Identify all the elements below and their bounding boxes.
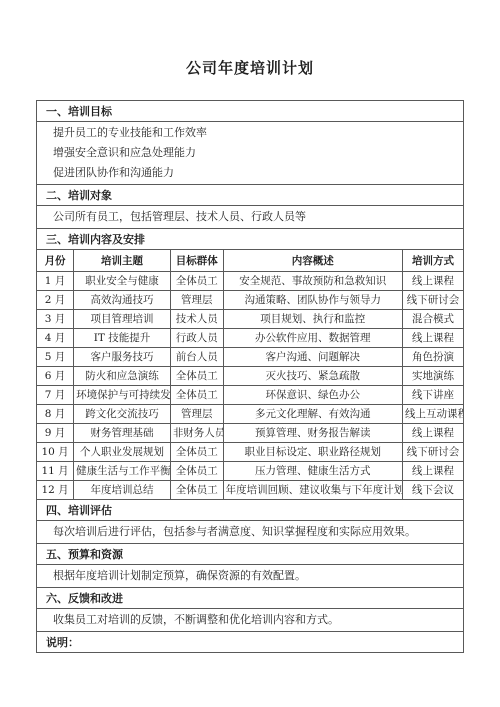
schedule-cell-audience: 全体员工 (170, 271, 223, 290)
schedule-cell-month: 11 月 (37, 461, 74, 480)
schedule-cell-method: 角色扮演 (402, 347, 463, 366)
schedule-cell-method: 混合模式 (402, 309, 463, 328)
section-goals-body-row: 提升员工的专业技能和工作效率 增强安全意识和应急处理能力 促进团队协作和沟通能力 (37, 122, 464, 185)
schedule-cell-method: 线上课程 (402, 271, 463, 290)
schedule-cell-method: 线下研讨会 (402, 442, 463, 461)
table-row: 5 月 客户服务技巧 前台人员 客户沟通、问题解决 角色扮演 (37, 347, 463, 366)
schedule-cell-method: 线上互动课程 (402, 404, 463, 423)
schedule-cell-summary: 沟通策略、团队协作与领导力 (223, 290, 402, 309)
schedule-table: 月份 培训主题 目标群体 内容概述 培训方式 1 月 职业安全与健康 (37, 250, 463, 499)
schedule-cell-summary: 职业目标设定、职业路径规划 (223, 442, 402, 461)
section-budget-heading-row: 五、预算和资源 (37, 544, 464, 565)
schedule-cell-summary: 项目规划、执行和监控 (223, 309, 402, 328)
schedule-cell-topic: 个人职业发展规划 (74, 442, 171, 461)
schedule-header-month: 月份 (37, 250, 74, 271)
section-evaluation-heading-row: 四、培训评估 (37, 500, 464, 521)
table-row: 8 月 跨文化交流技巧 管理层 多元文化理解、有效沟通 线上互动课程 (37, 404, 463, 423)
section-evaluation-body: 每次培训后进行评估，包括参与者满意度、知识掌握程度和实际应用效果。 (37, 521, 464, 544)
table-row: 6 月 防火和应急演练 全体员工 灭火技巧、紧急疏散 实地演练 (37, 366, 463, 385)
note-label: 说明： (37, 632, 464, 653)
heading-training-content: 三、培训内容及安排 (37, 229, 464, 250)
schedule-cell-topic: 客户服务技巧 (74, 347, 171, 366)
schedule-cell-audience: 全体员工 (170, 385, 223, 404)
schedule-cell-summary: 年度培训回顾、建议收集与下年度计划制定 (223, 480, 402, 499)
section-feedback-heading-row: 六、反馈和改进 (37, 588, 464, 609)
schedule-cell-method: 线上课程 (402, 328, 463, 347)
schedule-cell-month: 4 月 (37, 328, 74, 347)
schedule-cell-month: 6 月 (37, 366, 74, 385)
schedule-cell-summary: 环保意识、绿色办公 (223, 385, 402, 404)
budget-text: 根据年度培训计划制定预算，确保资源的有效配置。 (53, 566, 447, 586)
page-title: 公司年度培训计划 (0, 0, 500, 77)
note-row: 说明： (37, 632, 464, 653)
schedule-header-audience: 目标群体 (170, 250, 223, 271)
training-plan-table: 一、培训目标 提升员工的专业技能和工作效率 增强安全意识和应急处理能力 促进团队… (36, 100, 464, 653)
heading-training-audience: 二、培训对象 (37, 185, 464, 206)
table-row: 11 月 健康生活与工作平衡 全体员工 压力管理、健康生活方式 线上课程 (37, 461, 463, 480)
section-budget-body: 根据年度培训计划制定预算，确保资源的有效配置。 (37, 565, 464, 588)
schedule-cell-topic: 项目管理培训 (74, 309, 171, 328)
section-evaluation-body-row: 每次培训后进行评估，包括参与者满意度、知识掌握程度和实际应用效果。 (37, 521, 464, 544)
table-row: 10 月 个人职业发展规划 全体员工 职业目标设定、职业路径规划 线下研讨会 (37, 442, 463, 461)
heading-budget-resources: 五、预算和资源 (37, 544, 464, 565)
schedule-cell-method: 线上课程 (402, 461, 463, 480)
schedule-cell-topic: 职业安全与健康 (74, 271, 171, 290)
schedule-cell-month: 10 月 (37, 442, 74, 461)
schedule-cell-audience: 全体员工 (170, 366, 223, 385)
schedule-cell-summary: 预算管理、财务报告解读 (223, 423, 402, 442)
schedule-cell-month: 3 月 (37, 309, 74, 328)
schedule-cell-method: 线下讲座 (402, 385, 463, 404)
goal-item: 增强安全意识和应急处理能力 (53, 143, 447, 163)
schedule-header-summary: 内容概述 (223, 250, 402, 271)
schedule-cell-summary: 压力管理、健康生活方式 (223, 461, 402, 480)
schedule-cell-topic: 跨文化交流技巧 (74, 404, 171, 423)
schedule-header-method: 培训方式 (402, 250, 463, 271)
schedule-cell-audience: 管理层 (170, 290, 223, 309)
section-audience-body: 公司所有员工，包括管理层、技术人员、行政人员等 (37, 206, 464, 229)
evaluation-text: 每次培训后进行评估，包括参与者满意度、知识掌握程度和实际应用效果。 (53, 522, 447, 542)
table-row: 3 月 项目管理培训 技术人员 项目规划、执行和监控 混合模式 (37, 309, 463, 328)
schedule-cell-method: 线下会议 (402, 480, 463, 499)
schedule-cell-method: 线上课程 (402, 423, 463, 442)
schedule-cell-month: 5 月 (37, 347, 74, 366)
document-page: 公司年度培训计划 一、培训目标 提升员工的专业技能和工作效率 增强安全意识和应急… (0, 0, 500, 707)
goal-item: 促进团队协作和沟通能力 (53, 163, 447, 183)
schedule-cell-summary: 安全规范、事故预防和急救知识 (223, 271, 402, 290)
section-goals-body: 提升员工的专业技能和工作效率 增强安全意识和应急处理能力 促进团队协作和沟通能力 (37, 122, 464, 185)
section-audience-body-row: 公司所有员工，包括管理层、技术人员、行政人员等 (37, 206, 464, 229)
table-row: 7 月 环境保护与可持续发展 全体员工 环保意识、绿色办公 线下讲座 (37, 385, 463, 404)
table-row: 12 月 年度培训总结 全体员工 年度培训回顾、建议收集与下年度计划制定 线下会… (37, 480, 463, 499)
schedule-header-topic: 培训主题 (74, 250, 171, 271)
heading-training-goals: 一、培训目标 (37, 101, 464, 122)
schedule-cell-audience: 全体员工 (170, 461, 223, 480)
schedule-cell-topic: 年度培训总结 (74, 480, 171, 499)
schedule-cell-topic: 高效沟通技巧 (74, 290, 171, 309)
schedule-cell-month: 1 月 (37, 271, 74, 290)
schedule-cell-method: 线下研讨会 (402, 290, 463, 309)
schedule-cell-method: 实地演练 (402, 366, 463, 385)
section-content-heading-row: 三、培训内容及安排 (37, 229, 464, 250)
schedule-cell-topic: IT 技能提升 (74, 328, 171, 347)
schedule-cell-audience: 管理层 (170, 404, 223, 423)
heading-feedback-improvement: 六、反馈和改进 (37, 588, 464, 609)
section-goals-heading-row: 一、培训目标 (37, 101, 464, 122)
schedule-cell-summary: 多元文化理解、有效沟通 (223, 404, 402, 423)
section-budget-body-row: 根据年度培训计划制定预算，确保资源的有效配置。 (37, 565, 464, 588)
table-row: 2 月 高效沟通技巧 管理层 沟通策略、团队协作与领导力 线下研讨会 (37, 290, 463, 309)
schedule-table-container: 月份 培训主题 目标群体 内容概述 培训方式 1 月 职业安全与健康 (37, 250, 464, 500)
schedule-cell-topic: 环境保护与可持续发展 (74, 385, 171, 404)
schedule-cell-audience: 全体员工 (170, 442, 223, 461)
section-audience-heading-row: 二、培训对象 (37, 185, 464, 206)
section-feedback-body-row: 收集员工对培训的反馈，不断调整和优化培训内容和方式。 (37, 609, 464, 632)
table-row: 1 月 职业安全与健康 全体员工 安全规范、事故预防和急救知识 线上课程 (37, 271, 463, 290)
feedback-text: 收集员工对培训的反馈，不断调整和优化培训内容和方式。 (53, 610, 447, 630)
section-feedback-body: 收集员工对培训的反馈，不断调整和优化培训内容和方式。 (37, 609, 464, 632)
table-row: 9 月 财务管理基础 非财务人员 预算管理、财务报告解读 线上课程 (37, 423, 463, 442)
audience-text: 公司所有员工，包括管理层、技术人员、行政人员等 (53, 207, 447, 227)
table-row: 4 月 IT 技能提升 行政人员 办公软件应用、数据管理 线上课程 (37, 328, 463, 347)
schedule-cell-summary: 灭火技巧、紧急疏散 (223, 366, 402, 385)
schedule-cell-month: 8 月 (37, 404, 74, 423)
schedule-cell-audience: 非财务人员 (170, 423, 223, 442)
schedule-cell-topic: 健康生活与工作平衡 (74, 461, 171, 480)
schedule-cell-audience: 全体员工 (170, 480, 223, 499)
schedule-cell-topic: 防火和应急演练 (74, 366, 171, 385)
schedule-cell-audience: 前台人员 (170, 347, 223, 366)
schedule-cell-month: 12 月 (37, 480, 74, 499)
schedule-cell-topic: 财务管理基础 (74, 423, 171, 442)
schedule-cell-summary: 客户沟通、问题解决 (223, 347, 402, 366)
schedule-cell-audience: 行政人员 (170, 328, 223, 347)
section-content-table-row: 月份 培训主题 目标群体 内容概述 培训方式 1 月 职业安全与健康 (37, 250, 464, 500)
heading-training-evaluation: 四、培训评估 (37, 500, 464, 521)
goal-item: 提升员工的专业技能和工作效率 (53, 123, 447, 143)
schedule-cell-audience: 技术人员 (170, 309, 223, 328)
schedule-cell-month: 2 月 (37, 290, 74, 309)
schedule-header-row: 月份 培训主题 目标群体 内容概述 培训方式 (37, 250, 463, 271)
schedule-cell-summary: 办公软件应用、数据管理 (223, 328, 402, 347)
schedule-cell-month: 7 月 (37, 385, 74, 404)
schedule-cell-month: 9 月 (37, 423, 74, 442)
